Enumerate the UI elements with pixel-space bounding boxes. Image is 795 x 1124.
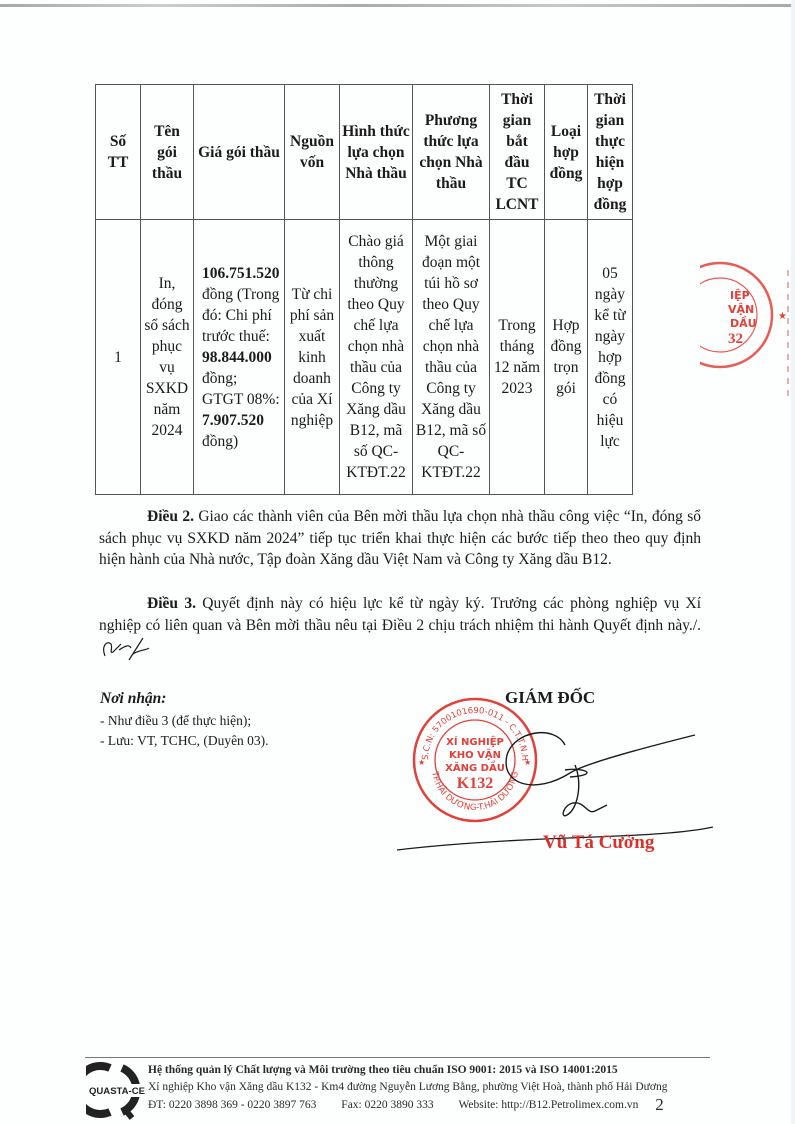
cell-contract-type: Hợp đồng trọn gói: [545, 220, 588, 495]
header-package-price: Giá gói thầu: [194, 85, 285, 220]
page-number: 2: [655, 1096, 664, 1113]
price-vat: 7.907.520: [202, 412, 264, 429]
svg-text:QUASTA-CE: QUASTA-CE: [89, 1086, 145, 1097]
footer-divider: [85, 1057, 710, 1058]
recipients-block: Nơi nhận: - Như điều 3 (để thực hiện); -…: [100, 689, 269, 751]
svg-text:VẬN: VẬN: [728, 303, 754, 316]
footer-fax: Fax: 0220 3890 333: [341, 1097, 433, 1114]
signer-name: Vũ Tá Cường: [543, 832, 654, 854]
header-start-time: Thời gian bắt đầu TC LCNT: [490, 85, 545, 220]
svg-text:DẦU: DẦU: [730, 316, 757, 330]
cell-selection-form: Chào giá thông thường theo Quy chế lựa c…: [340, 220, 413, 495]
footer-iso-line: Hệ thống quản lý Chất lượng và Môi trườn…: [148, 1062, 708, 1079]
table-header-row: Số TT Tên gói thầu Giá gói thầu Nguồn vố…: [96, 85, 633, 220]
header-selection-method: Phương thức lựa chọn Nhà thầu: [413, 85, 490, 220]
scan-edge-right: [791, 0, 795, 1124]
partial-stamp-icon: IỆP VẬN DẦU 32 ★: [700, 255, 790, 375]
svg-text:IỆP: IỆP: [730, 289, 750, 302]
cell-contract-duration: 05 ngày kể từ ngày hợp đồng có hiệu lực: [588, 220, 633, 495]
recipient-line: - Như điều 3 (để thực hiện);: [100, 711, 269, 731]
scan-edge-top: [0, 4, 795, 7]
price-text-1: đồng (Trong đó: Chi phí trước thuế:: [202, 286, 279, 345]
quasta-ce-logo-icon: QUASTA-CE: [86, 1060, 146, 1120]
cell-package-name: In, đóng sổ sách phục vụ SXKD năm 2024: [141, 220, 194, 495]
footer-phone: ĐT: 0220 3898 369 - 0220 3897 763: [148, 1097, 316, 1114]
article-3-label: Điều 3.: [147, 595, 196, 612]
article-2-label: Điều 2.: [147, 508, 194, 525]
header-contract-duration: Thời gian thực hiện hợp đồng: [588, 85, 633, 220]
price-total: 106.751.520: [202, 265, 280, 282]
header-stt: Số TT: [96, 85, 141, 220]
price-text-3: đồng): [202, 433, 238, 450]
footer: Hệ thống quản lý Chất lượng và Môi trườn…: [148, 1062, 708, 1114]
bid-package-table: Số TT Tên gói thầu Giá gói thầu Nguồn vố…: [95, 84, 633, 495]
price-pre-tax: 98.844.000: [202, 349, 272, 366]
header-contract-type: Loại hợp đồng: [545, 85, 588, 220]
cell-funding-source: Từ chi phí sản xuất kinh doanh của Xí ng…: [285, 220, 340, 495]
recipient-line: - Lưu: VT, TCHC, (Duyên 03).: [100, 731, 269, 751]
article-3: Điều 3. Quyết định này có hiệu lực kể từ…: [99, 593, 701, 662]
cell-stt: 1: [96, 220, 141, 495]
recipients-title: Nơi nhận:: [100, 689, 269, 709]
header-package-name: Tên gói thầu: [141, 85, 194, 220]
table-row: 1 In, đóng sổ sách phục vụ SXKD năm 2024…: [96, 220, 633, 495]
header-selection-form: Hình thức lựa chọn Nhà thầu: [340, 85, 413, 220]
svg-text:32: 32: [728, 331, 743, 347]
initials-signature-icon: [99, 636, 151, 662]
price-text-2: đồng; GTGT 08%:: [202, 370, 280, 408]
cell-package-price: 106.751.520 đồng (Trong đó: Chi phí trướ…: [194, 220, 285, 495]
cell-selection-method: Một giai đoạn một túi hồ sơ theo Quy chế…: [413, 220, 490, 495]
svg-text:★: ★: [778, 311, 787, 322]
cell-start-time: Trong tháng 12 năm 2023: [490, 220, 545, 495]
footer-address: Xí nghiệp Kho vận Xăng dầu K132 - Km4 đư…: [148, 1079, 708, 1096]
footer-website: Website: http://B12.Petrolimex.com.vn: [459, 1097, 639, 1114]
article-2: Điều 2. Giao các thành viên của Bên mời …: [99, 506, 701, 571]
header-funding-source: Nguồn vốn: [285, 85, 340, 220]
footer-contact: ĐT: 0220 3898 369 - 0220 3897 763 Fax: 0…: [148, 1096, 708, 1114]
